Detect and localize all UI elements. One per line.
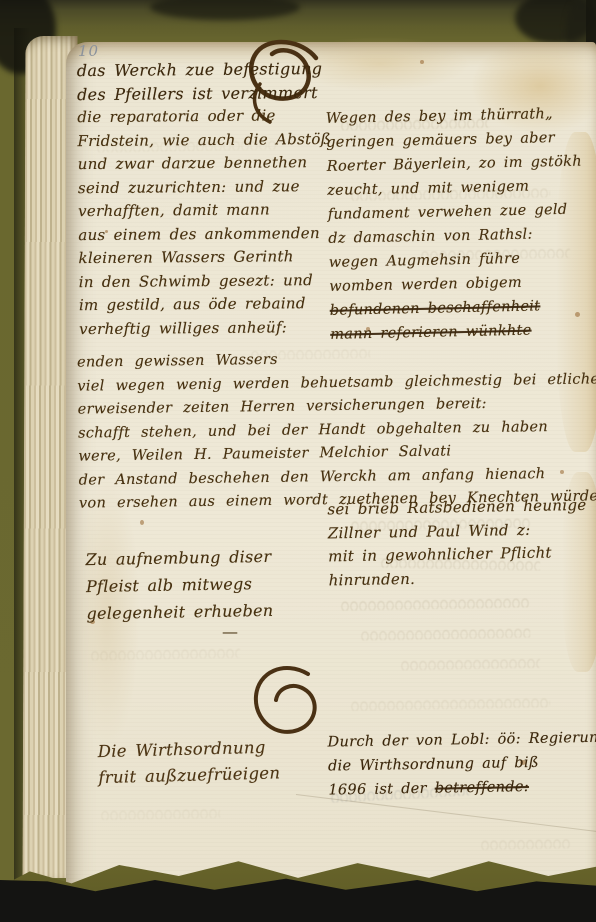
text-line: das Werckh zue befestigung bbox=[77, 57, 337, 83]
marginal-note-block: Zu aufnembung diser Pfleist alb mitwegs … bbox=[85, 542, 326, 627]
text-line: sei brieb Ratsbedienen heunige bbox=[327, 494, 596, 522]
bottom-right-block: Durch der von Lobl: öö: Regierung die Wi… bbox=[327, 725, 596, 802]
bottom-left-block: Die Wirthsordnung fruit außzuefrüeigen bbox=[97, 733, 338, 791]
text-line: des Pfeillers ist verzimmert bbox=[77, 80, 337, 106]
foxing-spot bbox=[420, 60, 424, 64]
text-line: hinrunden. bbox=[328, 564, 596, 592]
text-line: Pfleist alb mitwegs bbox=[86, 569, 326, 600]
right-text-column: Wegen des bey im thürrath„ geringen gemä… bbox=[326, 101, 596, 347]
text-line: verhafften, damit mann bbox=[78, 198, 338, 224]
text-line: im gestild, aus öde rebaind bbox=[79, 292, 339, 318]
text-segment: 1696 ist der bbox=[328, 781, 435, 799]
text-line: in den Schwimb gesezt: und bbox=[79, 268, 339, 294]
text-line: Fridstein, wie auch die Abstöß bbox=[77, 127, 337, 153]
struck-text-segment: betreffende: bbox=[435, 779, 529, 797]
text-line: die reparatoria oder die bbox=[77, 104, 337, 130]
text-line: und zwar darzue bennethen bbox=[78, 151, 338, 177]
left-text-column: das Werckh zue befestigung des Pfeillers… bbox=[77, 57, 339, 341]
text-line: verheftig williges anheüf: bbox=[79, 315, 339, 341]
middle-paragraph: enden gewissen Wassers viel wegen wenig … bbox=[77, 344, 596, 516]
text-line: Durch der von Lobl: öö: Regierung bbox=[327, 725, 596, 754]
text-line: seind zuzurichten: und zue bbox=[78, 174, 338, 200]
foxing-spot bbox=[140, 520, 144, 525]
text-line: aus einem des ankommenden bbox=[78, 221, 338, 247]
scanned-manuscript-page: 10 das Werckh zue befestigung des Pfeill… bbox=[0, 0, 596, 922]
text-line: 1696 ist der betreffende: bbox=[328, 773, 596, 802]
right-indented-block: sei brieb Ratsbedienen heunige Zillner u… bbox=[327, 494, 596, 593]
manuscript-page: 10 das Werckh zue befestigung des Pfeill… bbox=[66, 42, 596, 892]
text-line: Zu aufnembung diser bbox=[85, 542, 325, 573]
bleedthrough-texture bbox=[480, 839, 570, 850]
separator-dash: — bbox=[222, 622, 238, 641]
folio-number: 10 bbox=[78, 42, 99, 60]
text-line: kleineren Wassers Gerinth bbox=[78, 245, 338, 271]
text-line: gelegenheit erhueben bbox=[86, 596, 326, 627]
